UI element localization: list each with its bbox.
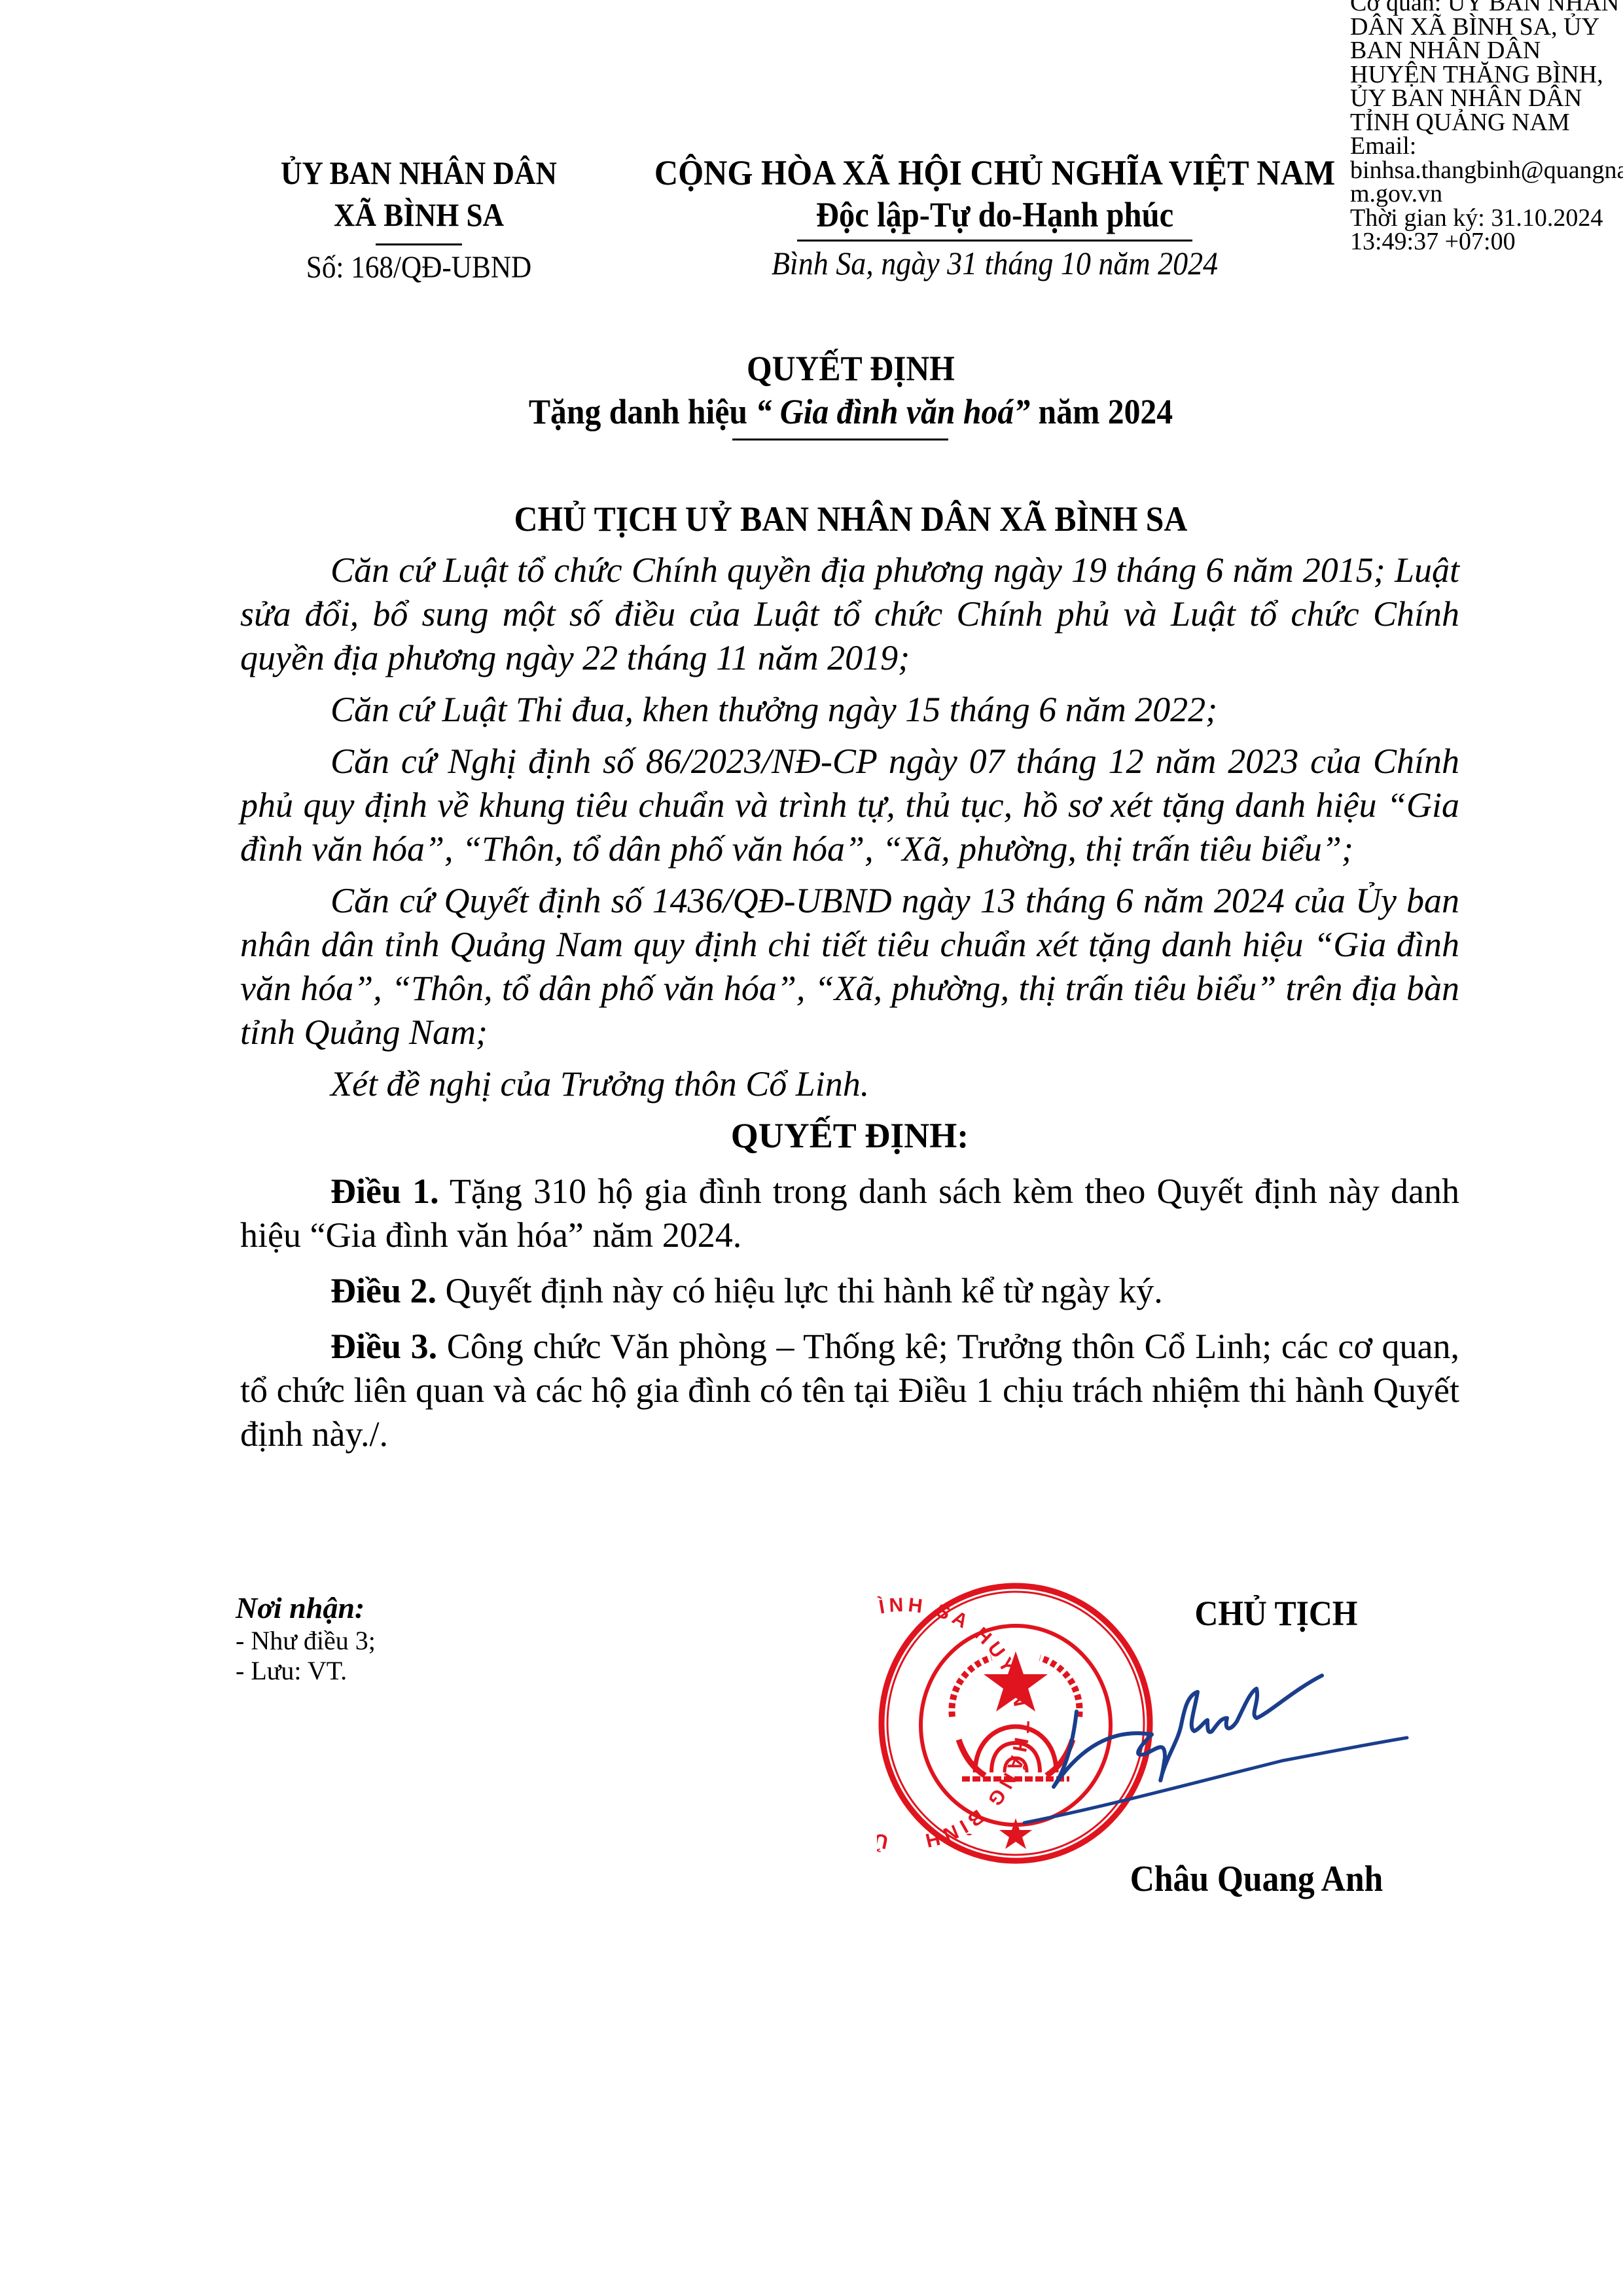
preamble-clause: Căn cứ Luật tổ chức Chính quyền địa phươ… (240, 548, 1459, 680)
handwritten-signature-icon (942, 1649, 1440, 1859)
article-label: Điều 1. (330, 1172, 439, 1211)
signer-title: CHỦ TỊCH (1126, 1592, 1427, 1635)
header-right-divider (797, 240, 1192, 242)
place-date: Bình Sa, ngày 31 tháng 10 năm 2024 (658, 244, 1332, 282)
signer-name: Châu Quang Anh (1040, 1856, 1473, 1902)
subject-title: “ Gia đình văn hoá” (755, 392, 1030, 431)
article-text: Quyết định này có hiệu lực thi hành kể t… (437, 1271, 1163, 1310)
article-2: Điều 2. Quyết định này có hiệu lực thi h… (240, 1269, 1459, 1313)
recipient-item: - Lưu: VT. (236, 1656, 628, 1686)
document-title-block: QUYẾT ĐỊNH Tặng danh hiệu “ Gia đình văn… (236, 347, 1466, 440)
issuing-org-line2: XÃ BÌNH SA (254, 194, 584, 236)
article-1: Điều 1. Tặng 310 hộ gia đình trong danh … (240, 1170, 1459, 1257)
recipient-item: - Như điều 3; (236, 1626, 628, 1656)
issuing-org-line1: ỦY BAN NHÂN DÂN (254, 152, 584, 194)
title-divider (732, 439, 948, 440)
article-label: Điều 2. (330, 1271, 437, 1310)
preamble-clause: Xét đề nghị của Trưởng thôn Cổ Linh. (240, 1062, 1459, 1106)
national-header: CỘNG HÒA XÃ HỘI CHỦ NGHĨA VIỆT NAM Độc l… (628, 152, 1361, 282)
header-left-divider (376, 243, 462, 245)
issuing-authority-header: ỦY BAN NHÂN DÂN XÃ BÌNH SA Số: 168/QĐ-UB… (236, 152, 602, 287)
document-number: Số: 168/QĐ-UBND (254, 248, 584, 287)
article-3: Điều 3. Công chức Văn phòng – Thống kê; … (240, 1325, 1459, 1456)
article-label: Điều 3. (330, 1327, 437, 1366)
preamble-clause: Căn cứ Nghị định số 86/2023/NĐ-CP ngày 0… (240, 740, 1459, 871)
national-motto: Độc lập-Tự do-Hạnh phúc (665, 194, 1325, 236)
decision-heading: QUYẾT ĐỊNH: (240, 1114, 1459, 1158)
document-type: QUYẾT ĐỊNH (285, 347, 1417, 390)
digital-signature-info: Cơ quan: ỦY BAN NHÂN DÂN XÃ BÌNH SA, ỦY … (1350, 0, 1623, 254)
preamble-clause: Căn cứ Quyết định số 1436/QĐ-UBND ngày 1… (240, 879, 1459, 1054)
issuing-authority-title: CHỦ TỊCH UỶ BAN NHÂN DÂN XÃ BÌNH SA (285, 497, 1417, 541)
recipients-title: Nơi nhận: (236, 1590, 628, 1626)
document-body: Căn cứ Luật tổ chức Chính quyền địa phươ… (240, 548, 1459, 1468)
preamble-clause: Căn cứ Luật Thi đua, khen thưởng ngày 15… (240, 688, 1459, 732)
subject-suffix: năm 2024 (1030, 392, 1173, 431)
document-subject: Tặng danh hiệu “ Gia đình văn hoá” năm 2… (285, 390, 1417, 433)
subject-prefix: Tặng danh hiệu (529, 392, 756, 431)
recipients-block: Nơi nhận: - Như điều 3; - Lưu: VT. (236, 1590, 628, 1686)
national-title: CỘNG HÒA XÃ HỘI CHỦ NGHĨA VIỆT NAM (654, 152, 1336, 194)
